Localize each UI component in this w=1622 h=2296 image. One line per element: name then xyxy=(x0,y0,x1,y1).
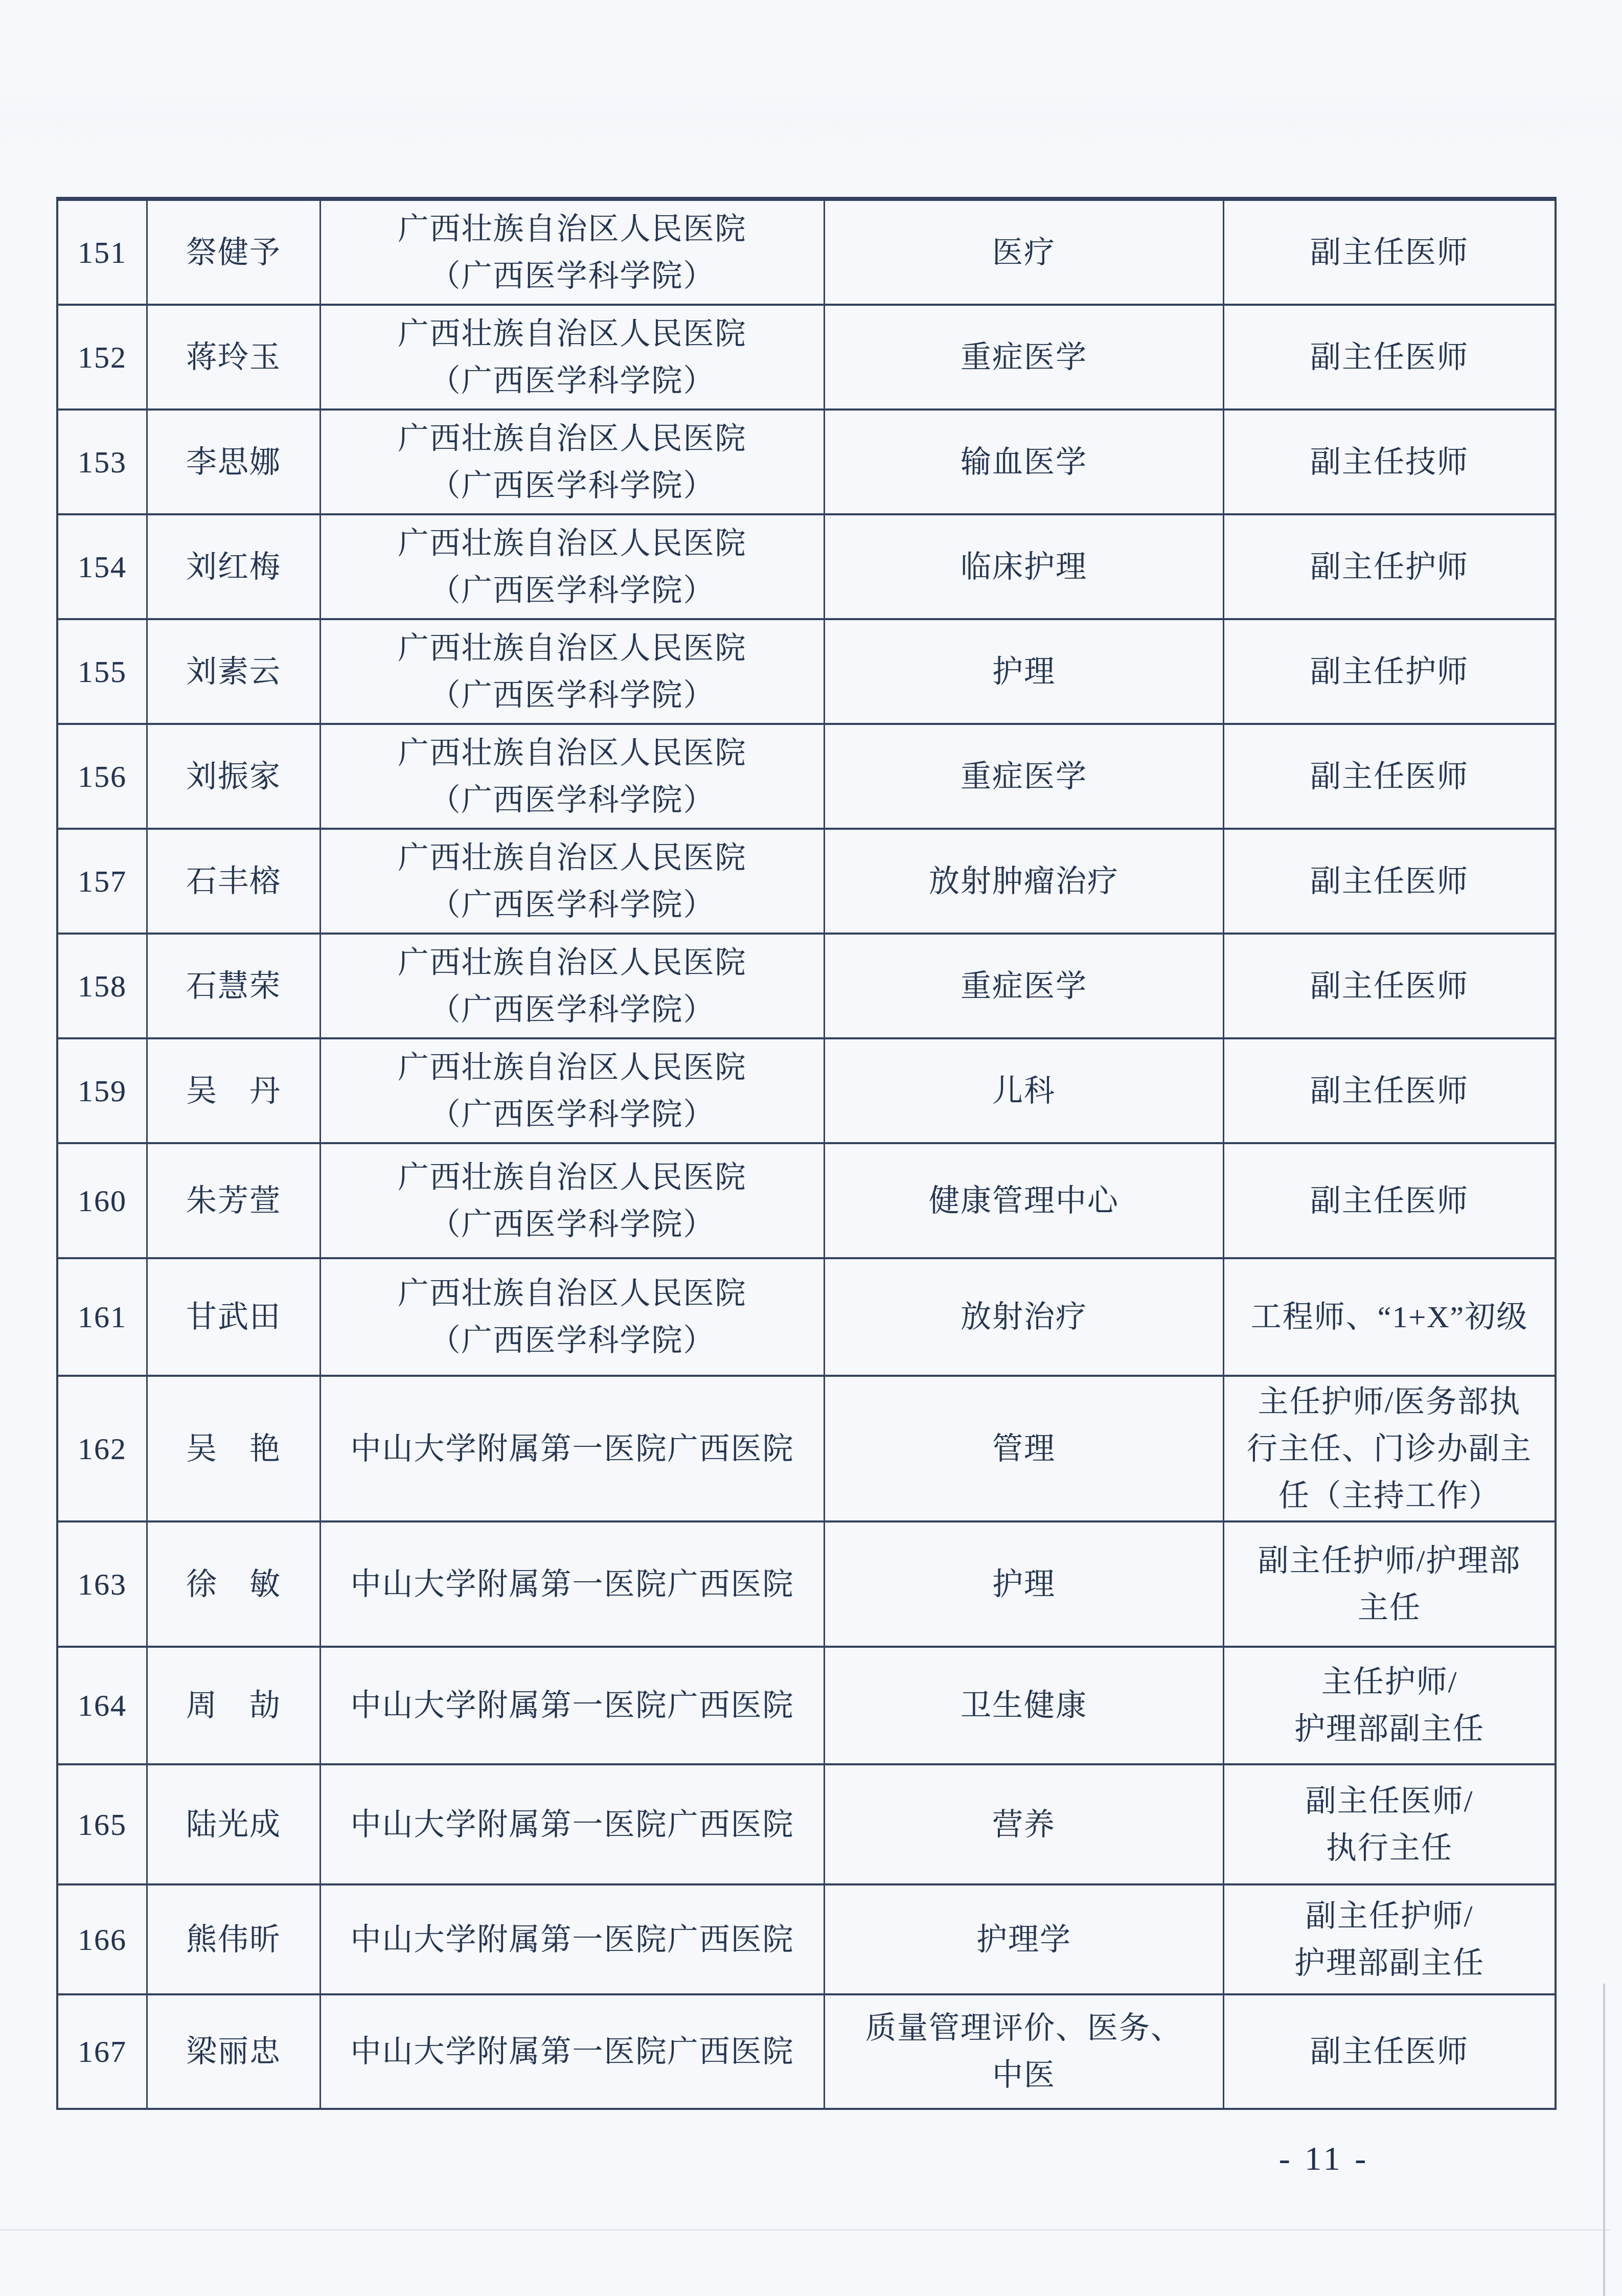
cell-department: 营养 xyxy=(825,1765,1224,1885)
cell-name: 刘振家 xyxy=(148,725,321,830)
cell-hospital-line: 广西壮族自治区人民医院 xyxy=(398,206,747,253)
cell-title-line: 主任护师/医务部执 xyxy=(1258,1378,1521,1425)
cell-title-line: 副主任护师/护理部 xyxy=(1258,1537,1521,1584)
cell-hospital: 广西壮族自治区人民医院（广西医学科学院） xyxy=(321,515,825,620)
cell-name-line: 熊伟昕 xyxy=(186,1916,281,1963)
cell-department-line: 中医 xyxy=(992,2052,1056,2099)
cell-name-line: 祭健予 xyxy=(186,229,281,276)
cell-hospital-line: （广西医学科学院） xyxy=(430,357,715,404)
cell-name: 梁丽忠 xyxy=(148,1995,321,2108)
cell-no-line: 159 xyxy=(78,1067,127,1115)
cell-title-line: 副主任医师 xyxy=(1310,1177,1469,1224)
cell-no: 165 xyxy=(58,1765,148,1885)
cell-department-line: 护理 xyxy=(992,1561,1056,1608)
cell-name: 吴 艳 xyxy=(148,1377,321,1522)
cell-hospital-line: 中山大学附属第一医院广西医院 xyxy=(351,1801,794,1848)
cell-name-line: 刘振家 xyxy=(186,753,281,800)
cell-no: 164 xyxy=(58,1648,148,1765)
cell-name: 吴 丹 xyxy=(148,1039,321,1144)
cell-no-line: 160 xyxy=(78,1177,127,1224)
cell-hospital-line: 中山大学附属第一医院广西医院 xyxy=(351,2028,794,2075)
cell-department: 重症医学 xyxy=(825,306,1224,411)
cell-department-line: 卫生健康 xyxy=(961,1682,1087,1729)
cell-no-line: 165 xyxy=(78,1801,127,1848)
cell-title-line: 副主任医师/ xyxy=(1306,1778,1474,1825)
cell-name-line: 梁丽忠 xyxy=(186,2028,281,2075)
cell-title-line: 副主任医师 xyxy=(1310,2028,1469,2075)
cell-title: 副主任医师 xyxy=(1224,1144,1555,1259)
cell-title-line: 副主任医师 xyxy=(1310,963,1469,1010)
cell-hospital-line: （广西医学科学院） xyxy=(430,672,715,719)
cell-title: 副主任医师/执行主任 xyxy=(1224,1765,1555,1885)
cell-department-line: 重症医学 xyxy=(961,753,1087,800)
cell-hospital-line: 广西壮族自治区人民医院 xyxy=(398,415,747,462)
cell-name-line: 吴 丹 xyxy=(186,1067,281,1115)
cell-title-line: 副主任医师 xyxy=(1310,858,1469,905)
cell-department-line: 儿科 xyxy=(992,1067,1056,1115)
cell-department: 健康管理中心 xyxy=(825,1144,1224,1259)
cell-name: 陆光成 xyxy=(148,1765,321,1885)
cell-hospital: 广西壮族自治区人民医院（广西医学科学院） xyxy=(321,725,825,830)
cell-name-line: 甘武田 xyxy=(186,1293,281,1340)
cell-no-line: 154 xyxy=(78,543,127,590)
cell-department-line: 输血医学 xyxy=(961,439,1087,486)
cell-department: 重症医学 xyxy=(825,935,1224,1039)
cell-hospital-line: 中山大学附属第一医院广西医院 xyxy=(351,1916,794,1963)
cell-name: 祭健予 xyxy=(148,201,321,306)
cell-department: 质量管理评价、医务、中医 xyxy=(825,1995,1224,2108)
cell-hospital-line: （广西医学科学院） xyxy=(430,1091,715,1138)
cell-department: 儿科 xyxy=(825,1039,1224,1144)
cell-name: 石丰榕 xyxy=(148,830,321,935)
cell-no-line: 156 xyxy=(78,753,127,800)
cell-hospital-line: 广西壮族自治区人民医院 xyxy=(398,939,747,986)
cell-hospital-line: 广西壮族自治区人民医院 xyxy=(398,520,747,567)
cell-name-line: 石慧荣 xyxy=(186,963,281,1010)
cell-name: 刘红梅 xyxy=(148,515,321,620)
cell-hospital: 中山大学附属第一医院广西医院 xyxy=(321,1377,825,1522)
cell-hospital-line: （广西医学科学院） xyxy=(430,462,715,509)
cell-title-line: 副主任护师/ xyxy=(1306,1893,1474,1940)
cell-title: 工程师、“1+X”初级 xyxy=(1224,1259,1555,1377)
cell-no-line: 158 xyxy=(78,963,127,1010)
cell-title-line: 副主任技师 xyxy=(1310,439,1469,486)
cell-name: 周 劼 xyxy=(148,1648,321,1765)
cell-department-line: 放射治疗 xyxy=(961,1293,1087,1340)
cell-title-line: 副主任医师 xyxy=(1310,1067,1469,1115)
cell-hospital-line: （广西医学科学院） xyxy=(430,986,715,1033)
cell-no-line: 162 xyxy=(78,1425,127,1472)
cell-no-line: 157 xyxy=(78,858,127,905)
cell-name: 朱芳萱 xyxy=(148,1144,321,1259)
cell-title: 副主任护师/护理部副主任 xyxy=(1224,1885,1555,1995)
cell-hospital-line: 广西壮族自治区人民医院 xyxy=(398,1044,747,1091)
cell-title-line: 工程师、“1+X”初级 xyxy=(1251,1293,1528,1340)
cell-hospital-line: （广西医学科学院） xyxy=(430,1201,715,1248)
cell-hospital-line: 广西壮族自治区人民医院 xyxy=(398,834,747,881)
cell-no-line: 151 xyxy=(78,229,127,276)
cell-title: 副主任护师 xyxy=(1224,515,1555,620)
cell-no: 158 xyxy=(58,935,148,1039)
cell-no-line: 164 xyxy=(78,1682,127,1729)
cell-hospital-line: （广西医学科学院） xyxy=(430,1317,715,1364)
cell-hospital: 广西壮族自治区人民医院（广西医学科学院） xyxy=(321,306,825,411)
cell-department: 输血医学 xyxy=(825,411,1224,515)
cell-no: 163 xyxy=(58,1522,148,1648)
scan-artifact-top-band xyxy=(0,87,1622,148)
cell-no-line: 155 xyxy=(78,648,127,695)
cell-name: 石慧荣 xyxy=(148,935,321,1039)
cell-no: 154 xyxy=(58,515,148,620)
cell-department: 卫生健康 xyxy=(825,1648,1224,1765)
cell-department: 护理 xyxy=(825,620,1224,725)
cell-hospital-line: （广西医学科学院） xyxy=(430,777,715,824)
cell-name: 蒋玲玉 xyxy=(148,306,321,411)
cell-title-line: 任（主持工作） xyxy=(1278,1472,1500,1519)
cell-title-line: 副主任护师 xyxy=(1310,648,1469,695)
cell-title: 副主任医师 xyxy=(1224,1995,1555,2108)
cell-no-line: 166 xyxy=(78,1916,127,1963)
cell-department-line: 放射肿瘤治疗 xyxy=(929,858,1119,905)
cell-no: 156 xyxy=(58,725,148,830)
cell-name-line: 李思娜 xyxy=(186,439,281,486)
cell-department: 护理 xyxy=(825,1522,1224,1648)
cell-no-line: 163 xyxy=(78,1561,127,1608)
cell-title: 副主任护师 xyxy=(1224,620,1555,725)
cell-hospital: 广西壮族自治区人民医院（广西医学科学院） xyxy=(321,1259,825,1377)
cell-department-line: 临床护理 xyxy=(961,543,1087,590)
cell-title-line: 主任 xyxy=(1358,1584,1421,1631)
cell-department: 护理学 xyxy=(825,1885,1224,1995)
cell-name-line: 刘红梅 xyxy=(186,543,281,590)
cell-title-line: 执行主任 xyxy=(1326,1825,1453,1872)
scan-artifact-right-edge xyxy=(1603,1984,1605,2296)
cell-title-line: 副主任医师 xyxy=(1310,229,1469,276)
cell-name-line: 石丰榕 xyxy=(186,858,281,905)
cell-department-line: 重症医学 xyxy=(961,334,1087,381)
cell-hospital-line: 中山大学附属第一医院广西医院 xyxy=(351,1682,794,1729)
cell-title: 副主任护师/护理部主任 xyxy=(1224,1522,1555,1648)
cell-name-line: 刘素云 xyxy=(186,648,281,695)
cell-hospital-line: 中山大学附属第一医院广西医院 xyxy=(351,1561,794,1608)
cell-department: 放射肿瘤治疗 xyxy=(825,830,1224,935)
cell-department-line: 营养 xyxy=(992,1801,1056,1848)
cell-name-line: 蒋玲玉 xyxy=(186,334,281,381)
cell-title: 主任护师/护理部副主任 xyxy=(1224,1648,1555,1765)
cell-no-line: 167 xyxy=(78,2028,127,2075)
scan-artifact-horizontal-streak xyxy=(0,2229,1610,2231)
cell-hospital-line: 广西壮族自治区人民医院 xyxy=(398,730,747,777)
cell-no: 160 xyxy=(58,1144,148,1259)
cell-no: 167 xyxy=(58,1995,148,2108)
scanned-document-page: 151祭健予广西壮族自治区人民医院（广西医学科学院）医疗副主任医师152蒋玲玉广… xyxy=(0,0,1622,2296)
cell-department-line: 护理学 xyxy=(976,1916,1071,1963)
cell-hospital-line: （广西医学科学院） xyxy=(430,567,715,614)
cell-no: 159 xyxy=(58,1039,148,1144)
cell-title-line: 副主任护师 xyxy=(1310,543,1469,590)
cell-no-line: 152 xyxy=(78,334,127,381)
cell-hospital: 广西壮族自治区人民医院（广西医学科学院） xyxy=(321,1144,825,1259)
cell-department-line: 重症医学 xyxy=(961,963,1087,1010)
cell-no: 157 xyxy=(58,830,148,935)
cell-hospital-line: 广西壮族自治区人民医院 xyxy=(398,1154,747,1201)
cell-department: 临床护理 xyxy=(825,515,1224,620)
cell-title-line: 副主任医师 xyxy=(1310,753,1469,800)
cell-department-line: 健康管理中心 xyxy=(929,1177,1119,1224)
cell-title: 副主任医师 xyxy=(1224,725,1555,830)
cell-hospital-line: 中山大学附属第一医院广西医院 xyxy=(351,1425,794,1472)
cell-hospital: 中山大学附属第一医院广西医院 xyxy=(321,1885,825,1995)
cell-department: 放射治疗 xyxy=(825,1259,1224,1377)
cell-hospital: 广西壮族自治区人民医院（广西医学科学院） xyxy=(321,201,825,306)
cell-no-line: 161 xyxy=(78,1293,127,1340)
cell-name-line: 徐 敏 xyxy=(186,1561,281,1608)
cell-hospital: 广西壮族自治区人民医院（广西医学科学院） xyxy=(321,830,825,935)
cell-hospital: 中山大学附属第一医院广西医院 xyxy=(321,1995,825,2108)
cell-title: 副主任医师 xyxy=(1224,1039,1555,1144)
cell-name: 刘素云 xyxy=(148,620,321,725)
cell-hospital-line: 广西壮族自治区人民医院 xyxy=(398,310,747,357)
cell-hospital: 中山大学附属第一医院广西医院 xyxy=(321,1765,825,1885)
cell-no: 166 xyxy=(58,1885,148,1995)
cell-hospital-line: （广西医学科学院） xyxy=(430,881,715,928)
cell-no: 162 xyxy=(58,1377,148,1522)
cell-department: 管理 xyxy=(825,1377,1224,1522)
cell-title: 副主任医师 xyxy=(1224,201,1555,306)
cell-title: 主任护师/医务部执行主任、门诊办副主任（主持工作） xyxy=(1224,1377,1555,1522)
cell-title: 副主任医师 xyxy=(1224,935,1555,1039)
page-number: - 11 - xyxy=(1217,2140,1431,2178)
cell-title: 副主任医师 xyxy=(1224,830,1555,935)
cell-name-line: 周 劼 xyxy=(186,1682,281,1729)
cell-name-line: 吴 艳 xyxy=(186,1425,281,1472)
cell-title-line: 行主任、门诊办副主 xyxy=(1247,1425,1532,1472)
cell-hospital-line: （广西医学科学院） xyxy=(430,253,715,300)
cell-hospital: 广西壮族自治区人民医院（广西医学科学院） xyxy=(321,411,825,515)
cell-name: 李思娜 xyxy=(148,411,321,515)
cell-department: 医疗 xyxy=(825,201,1224,306)
cell-no: 151 xyxy=(58,201,148,306)
cell-no-line: 153 xyxy=(78,439,127,486)
document-table: 151祭健予广西壮族自治区人民医院（广西医学科学院）医疗副主任医师152蒋玲玉广… xyxy=(56,197,1557,2110)
cell-hospital: 广西壮族自治区人民医院（广西医学科学院） xyxy=(321,620,825,725)
cell-hospital-line: 广西壮族自治区人民医院 xyxy=(398,625,747,672)
cell-hospital: 广西壮族自治区人民医院（广西医学科学院） xyxy=(321,935,825,1039)
cell-department: 重症医学 xyxy=(825,725,1224,830)
cell-name: 熊伟昕 xyxy=(148,1885,321,1995)
cell-department-line: 质量管理评价、医务、 xyxy=(865,2005,1182,2052)
cell-name: 甘武田 xyxy=(148,1259,321,1377)
cell-name-line: 陆光成 xyxy=(186,1801,281,1848)
cell-no: 153 xyxy=(58,411,148,515)
cell-title-line: 护理部副主任 xyxy=(1294,1706,1484,1753)
cell-department-line: 护理 xyxy=(992,648,1056,695)
cell-hospital: 中山大学附属第一医院广西医院 xyxy=(321,1648,825,1765)
cell-name-line: 朱芳萱 xyxy=(186,1177,281,1224)
cell-name: 徐 敏 xyxy=(148,1522,321,1648)
cell-department-line: 医疗 xyxy=(992,229,1056,276)
cell-hospital-line: 广西壮族自治区人民医院 xyxy=(398,1270,747,1317)
cell-hospital: 中山大学附属第一医院广西医院 xyxy=(321,1522,825,1648)
cell-title: 副主任技师 xyxy=(1224,411,1555,515)
cell-no: 152 xyxy=(58,306,148,411)
cell-hospital: 广西壮族自治区人民医院（广西医学科学院） xyxy=(321,1039,825,1144)
cell-no: 155 xyxy=(58,620,148,725)
cell-no: 161 xyxy=(58,1259,148,1377)
cell-title-line: 主任护师/ xyxy=(1321,1658,1458,1706)
cell-department-line: 管理 xyxy=(992,1425,1056,1472)
cell-title: 副主任医师 xyxy=(1224,306,1555,411)
cell-title-line: 护理部副主任 xyxy=(1294,1940,1484,1987)
cell-title-line: 副主任医师 xyxy=(1310,334,1469,381)
